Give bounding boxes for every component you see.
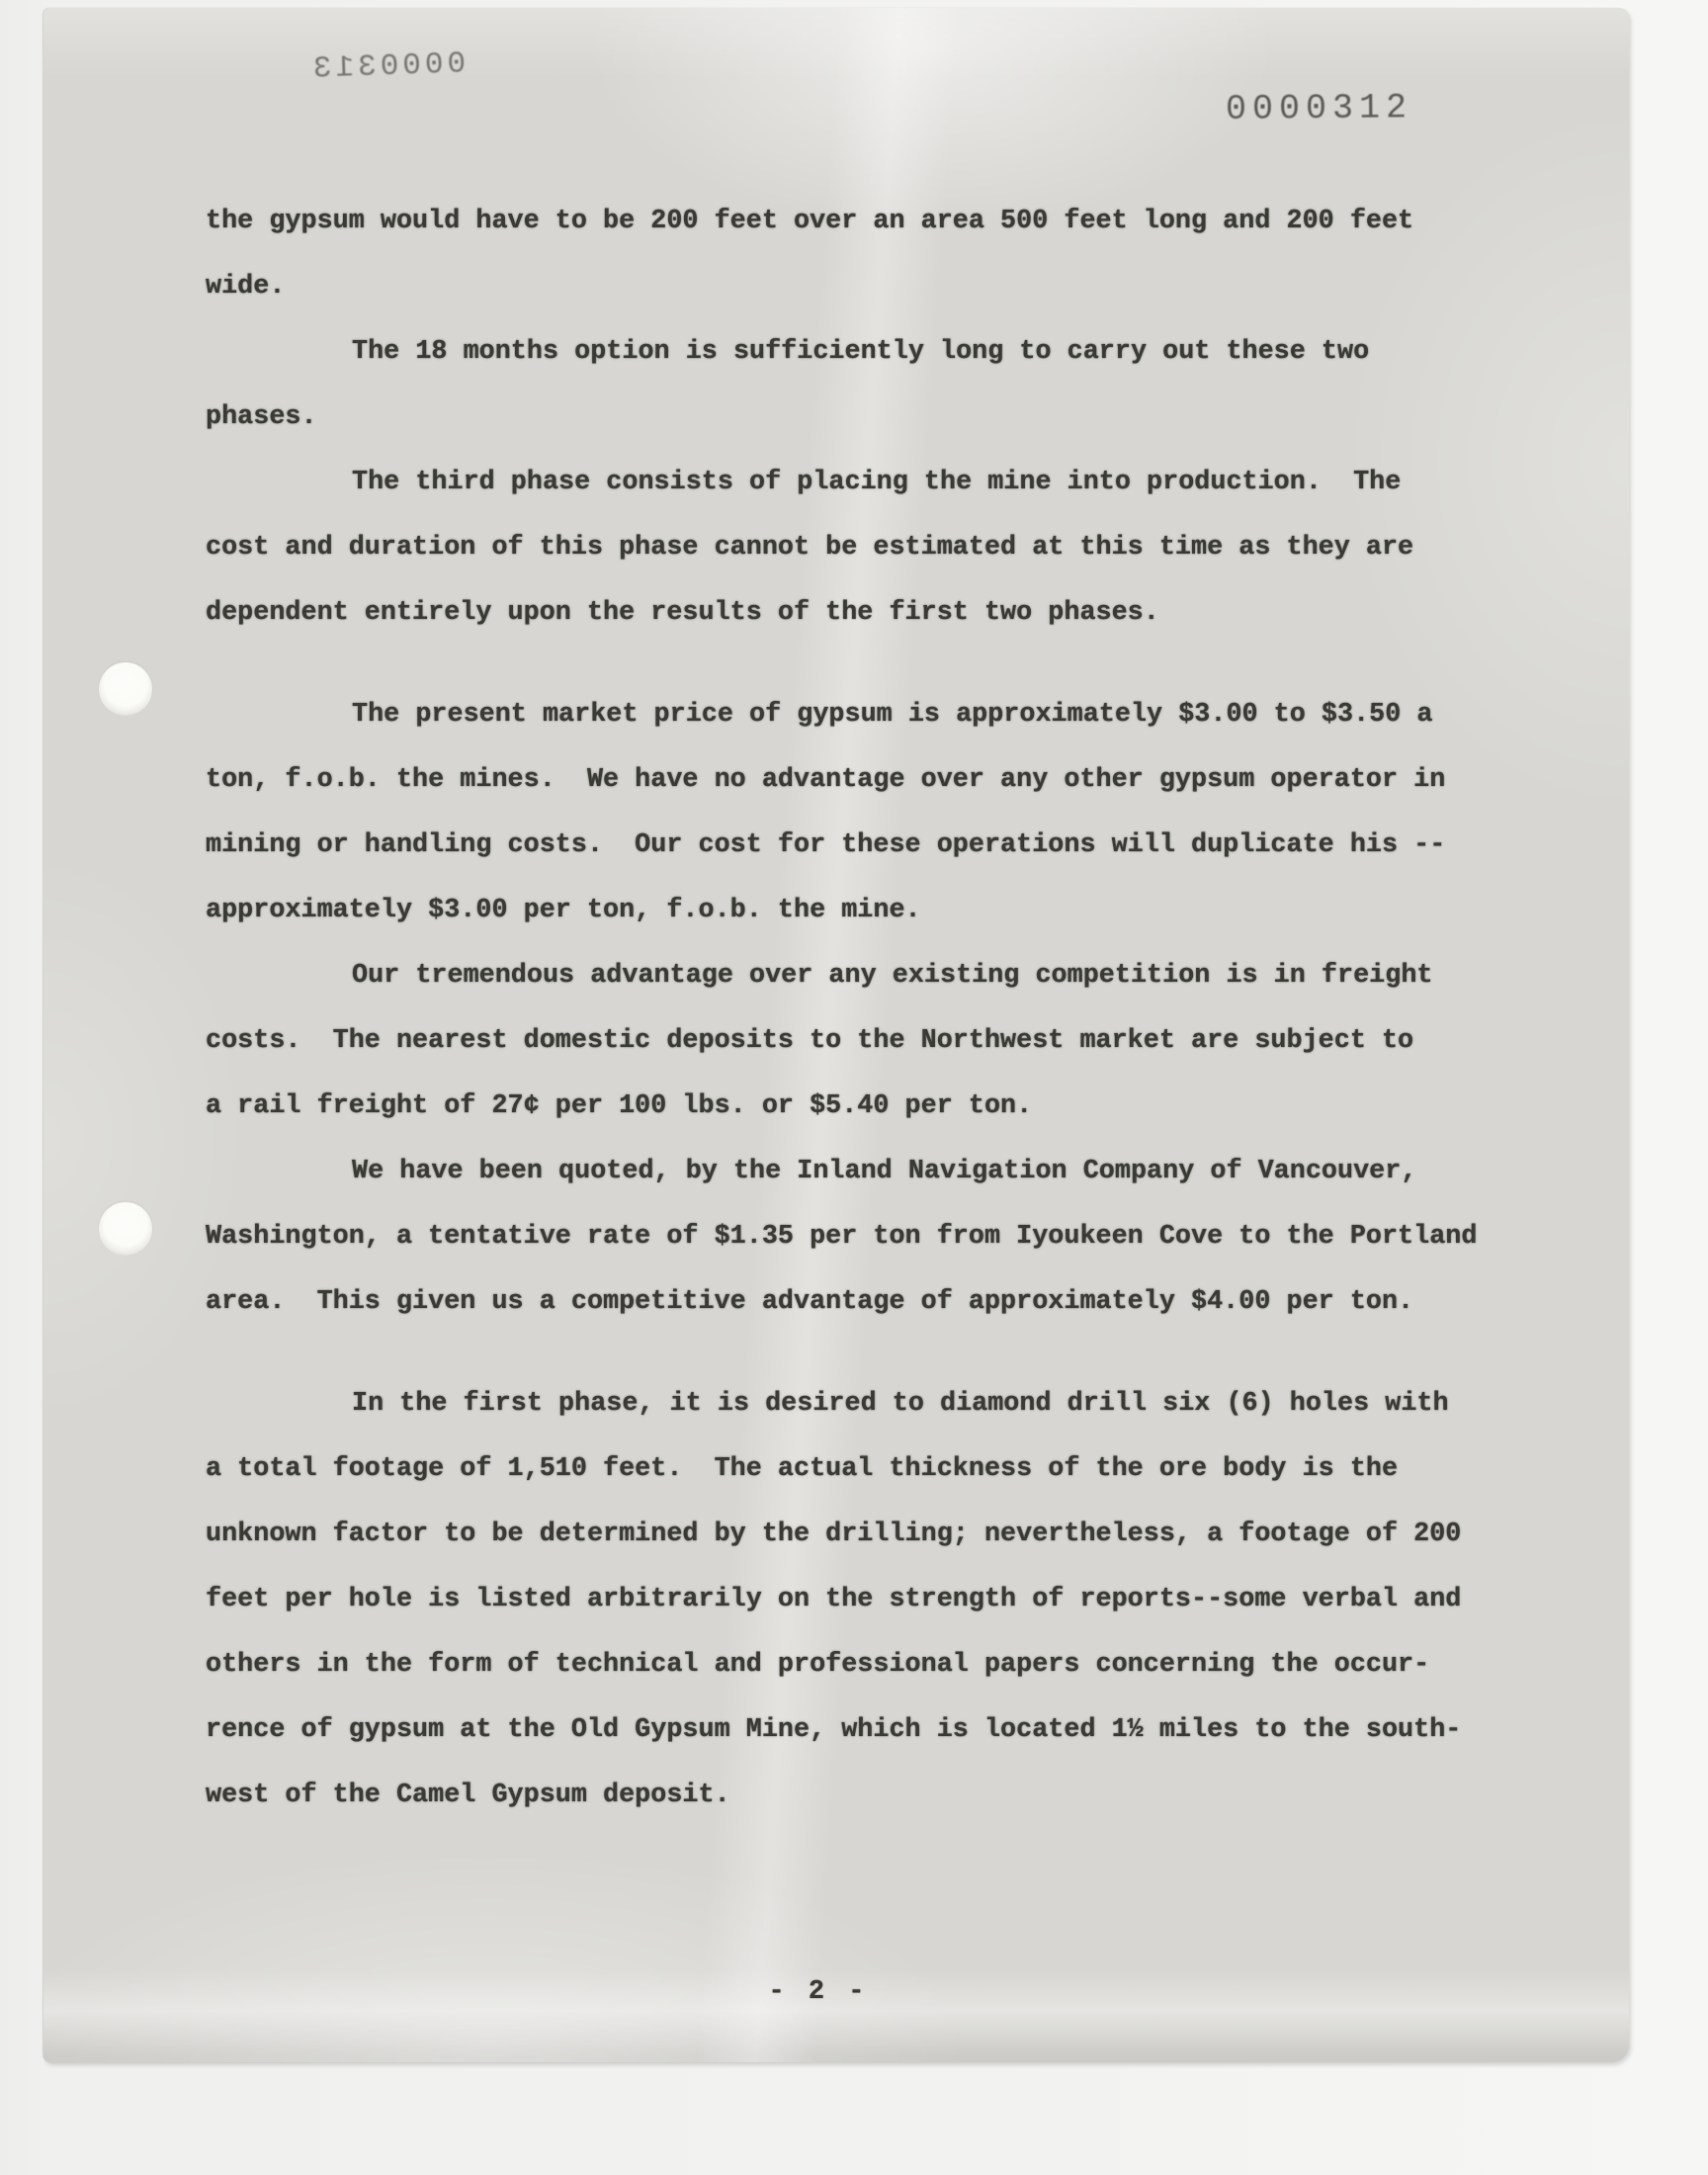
typed-line: approximately $3.00 per ton, f.o.b. the … <box>206 878 1520 943</box>
mirrored-serial-stamp: 0000313 <box>278 45 496 88</box>
typed-line: a total footage of 1,510 feet. The actua… <box>206 1436 1520 1502</box>
typed-line: ton, f.o.b. the mines. We have no advant… <box>206 747 1520 813</box>
typed-line: others in the form of technical and prof… <box>206 1632 1520 1697</box>
typed-line: dependent entirely upon the results of t… <box>206 580 1520 646</box>
typed-line: The 18 months option is sufficiently lon… <box>206 319 1520 385</box>
typed-line: Our tremendous advantage over any existi… <box>206 943 1520 1008</box>
typed-line: mining or handling costs. Our cost for t… <box>206 813 1520 878</box>
serial-number-stamp: 0000312 <box>1226 88 1412 130</box>
typed-line: Washington, a tentative rate of $1.35 pe… <box>206 1204 1520 1269</box>
hole-punch-top <box>99 662 152 716</box>
typed-line: costs. The nearest domestic deposits to … <box>206 1008 1520 1074</box>
typed-line: feet per hole is listed arbitrarily on t… <box>206 1567 1520 1632</box>
typed-line: west of the Camel Gypsum deposit. <box>206 1763 1520 1828</box>
typed-line: The third phase consists of placing the … <box>206 450 1520 515</box>
typed-line: unknown factor to be determined by the d… <box>206 1502 1520 1567</box>
typed-line: cost and duration of this phase cannot b… <box>206 515 1520 580</box>
typed-line: We have been quoted, by the Inland Navig… <box>206 1139 1520 1204</box>
typed-line: phases. <box>206 385 1520 450</box>
hole-punch-bottom <box>99 1202 152 1256</box>
document-page: 0000313 0000312 the gypsum would have to… <box>43 8 1629 2062</box>
typed-line: The present market price of gypsum is ap… <box>206 682 1520 747</box>
typed-line: wide. <box>206 254 1520 319</box>
typed-line: a rail freight of 27¢ per 100 lbs. or $5… <box>206 1074 1520 1139</box>
typed-line: rence of gypsum at the Old Gypsum Mine, … <box>206 1697 1520 1763</box>
scanner-background: 0000313 0000312 the gypsum would have to… <box>0 0 1708 2175</box>
typed-line: In the first phase, it is desired to dia… <box>206 1371 1520 1436</box>
typed-line: the gypsum would have to be 200 feet ove… <box>206 189 1520 254</box>
page-number: - 2 - <box>26 1977 1611 2007</box>
typed-line: area. This given us a competitive advant… <box>206 1269 1520 1335</box>
typed-text-block: the gypsum would have to be 200 feet ove… <box>206 189 1520 1828</box>
